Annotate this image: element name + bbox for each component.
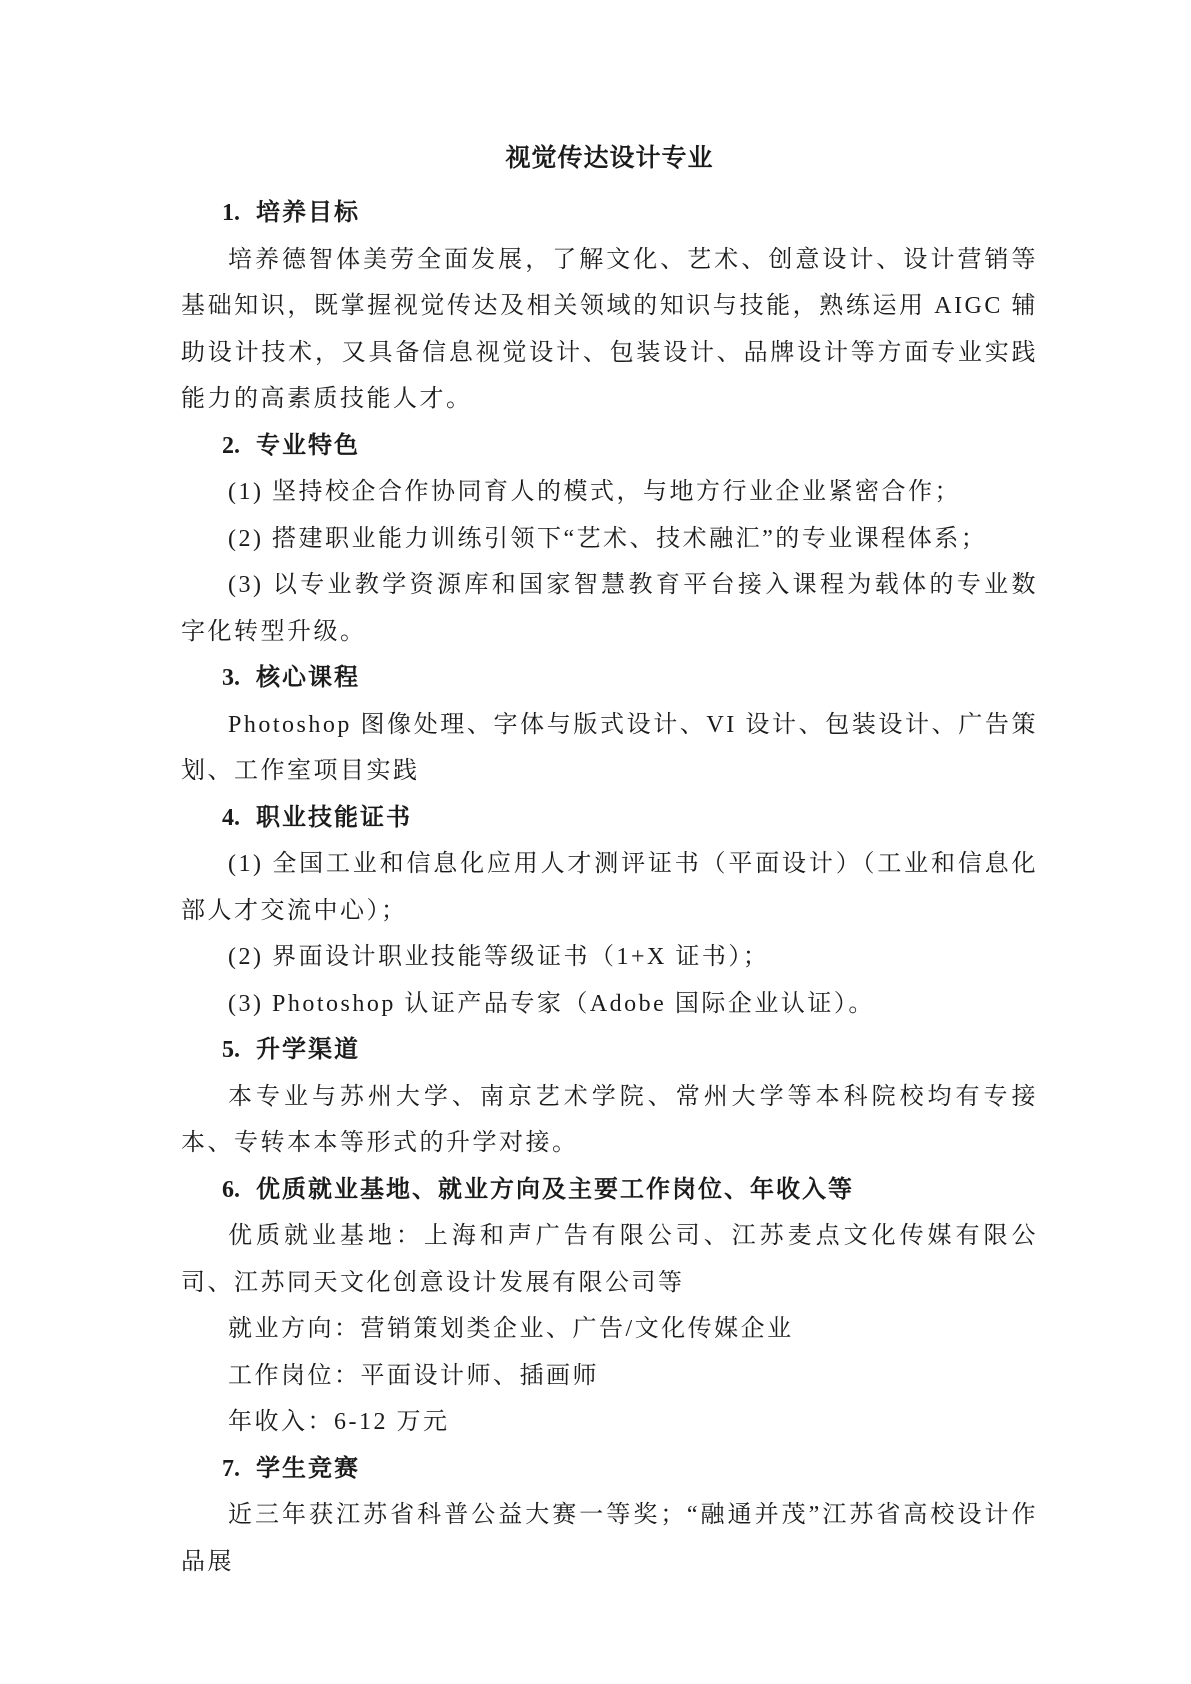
section-heading-text: 专业特色 bbox=[256, 433, 360, 459]
body-paragraph: Photoshop 图像处理、字体与版式设计、VI 设计、包装设计、广告策划、工… bbox=[181, 702, 1038, 795]
body-paragraph: (3) Photoshop 认证产品专家（Adobe 国际企业认证）。 bbox=[181, 981, 1038, 1028]
section-heading: 3.核心课程 bbox=[181, 655, 1038, 702]
section-heading-text: 核心课程 bbox=[256, 665, 360, 691]
section-number: 5. bbox=[222, 1027, 240, 1074]
body-paragraph: (2) 界面设计职业技能等级证书（1+X 证书）； bbox=[181, 934, 1038, 981]
body-paragraph: 工作岗位：平面设计师、插画师 bbox=[181, 1353, 1038, 1400]
section-number: 3. bbox=[222, 655, 240, 702]
document-page-background: { "page": { "background_color": "#ffffff… bbox=[0, 0, 1191, 1684]
section-heading: 2.专业特色 bbox=[181, 423, 1038, 470]
body-paragraph: (3) 以专业教学资源库和国家智慧教育平台接入课程为载体的专业数字化转型升级。 bbox=[181, 562, 1038, 655]
section-heading-text: 职业技能证书 bbox=[256, 805, 412, 831]
body-paragraph: (1) 全国工业和信息化应用人才测评证书（平面设计）（工业和信息化部人才交流中心… bbox=[181, 841, 1038, 934]
body-paragraph: 优质就业基地：上海和声广告有限公司、江苏麦点文化传媒有限公司、江苏同天文化创意设… bbox=[181, 1213, 1038, 1306]
section-number: 4. bbox=[222, 795, 240, 842]
section-heading: 6.优质就业基地、就业方向及主要工作岗位、年收入等 bbox=[181, 1167, 1038, 1214]
document-content-area: 视觉传达设计专业 1.培养目标培养德智体美劳全面发展，了解文化、艺术、创意设计、… bbox=[181, 136, 1038, 1585]
section-heading-text: 学生竞赛 bbox=[256, 1456, 360, 1482]
body-paragraph: (1) 坚持校企合作协同育人的模式，与地方行业企业紧密合作； bbox=[181, 469, 1038, 516]
section-heading-text: 优质就业基地、就业方向及主要工作岗位、年收入等 bbox=[256, 1177, 854, 1203]
body-paragraph: 就业方向：营销策划类企业、广告/文化传媒企业 bbox=[181, 1306, 1038, 1353]
page-title: 视觉传达设计专业 bbox=[181, 136, 1038, 182]
body-paragraph: 近三年获江苏省科普公益大赛一等奖；“融通并茂”江苏省高校设计作品展 bbox=[181, 1492, 1038, 1585]
section-heading-text: 培养目标 bbox=[256, 200, 360, 226]
body-paragraph: 年收入：6-12 万元 bbox=[181, 1399, 1038, 1446]
section-heading-text: 升学渠道 bbox=[256, 1037, 360, 1063]
body-paragraph: (2) 搭建职业能力训练引领下“艺术、技术融汇”的专业课程体系； bbox=[181, 516, 1038, 563]
section-heading: 1.培养目标 bbox=[181, 190, 1038, 237]
body-paragraph: 培养德智体美劳全面发展，了解文化、艺术、创意设计、设计营销等基础知识，既掌握视觉… bbox=[181, 237, 1038, 423]
document-body: 1.培养目标培养德智体美劳全面发展，了解文化、艺术、创意设计、设计营销等基础知识… bbox=[181, 190, 1038, 1585]
section-number: 1. bbox=[222, 190, 240, 237]
section-heading: 4.职业技能证书 bbox=[181, 795, 1038, 842]
section-number: 2. bbox=[222, 423, 240, 470]
section-number: 6. bbox=[222, 1167, 240, 1214]
section-number: 7. bbox=[222, 1446, 240, 1493]
section-heading: 7.学生竞赛 bbox=[181, 1446, 1038, 1493]
section-heading: 5.升学渠道 bbox=[181, 1027, 1038, 1074]
body-paragraph: 本专业与苏州大学、南京艺术学院、常州大学等本科院校均有专接本、专转本本等形式的升… bbox=[181, 1074, 1038, 1167]
